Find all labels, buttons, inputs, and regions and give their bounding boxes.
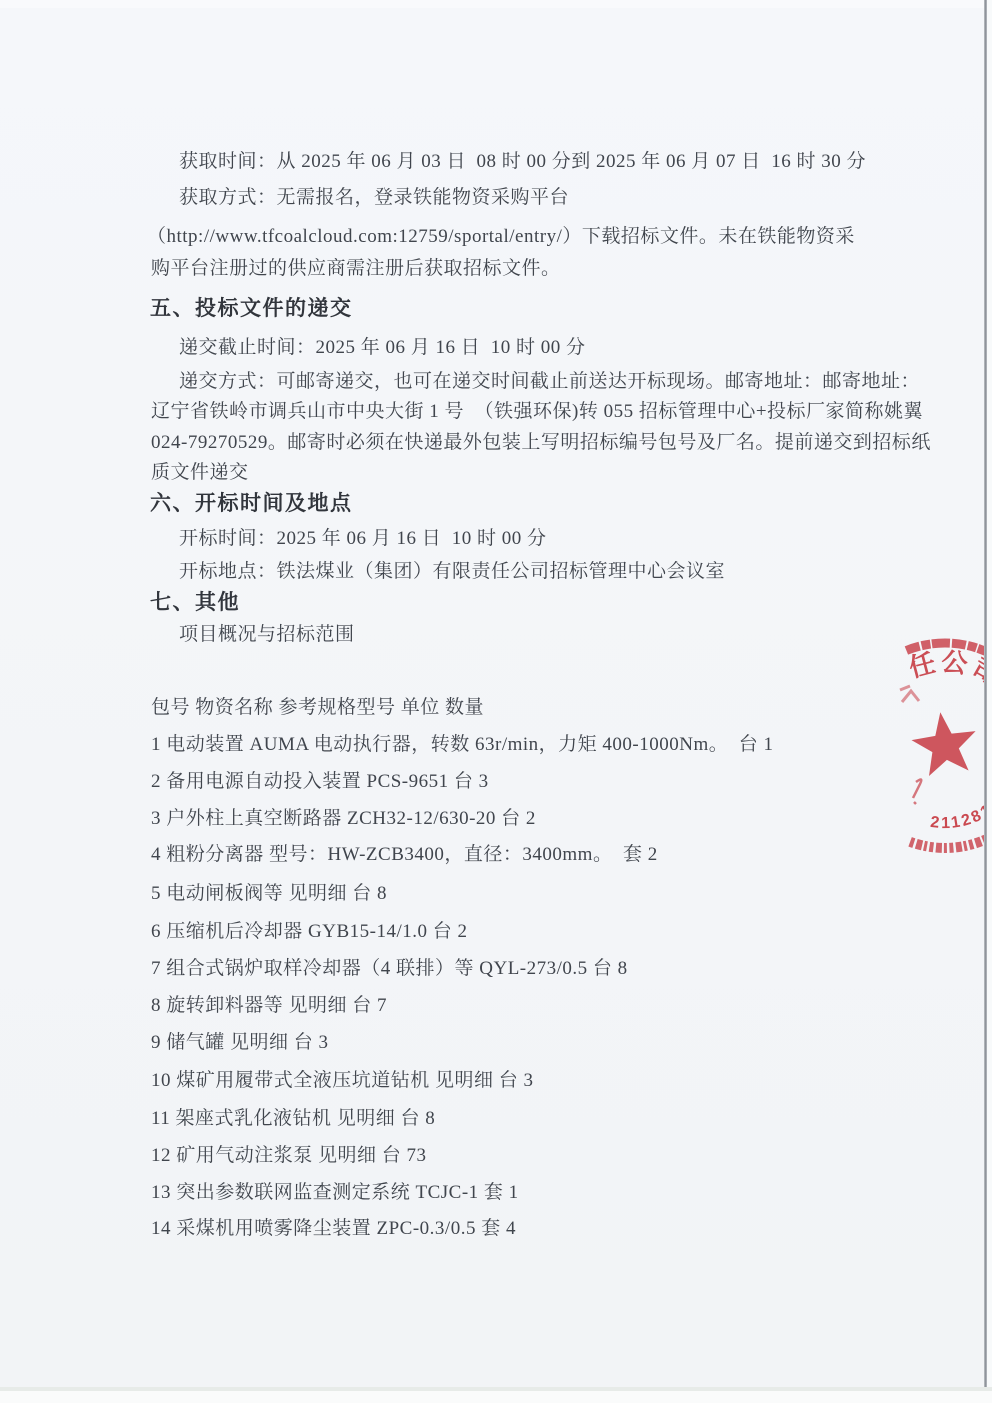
submission-method-line-2: 辽宁省铁岭市调兵山市中央大街 1 号 （铁强环保)转 055 招标管理中心+投标… bbox=[151, 401, 923, 424]
seal-serial-number: 2112810 bbox=[830, 610, 992, 832]
acquire-time-line: 获取时间：从 2025 年 06 月 03 日 08 时 00 分到 2025 … bbox=[179, 151, 866, 174]
seal-star-icon bbox=[912, 712, 976, 776]
item-row-14: 14 采煤机用喷雾降尘装置 ZPC-0.3/0.5 套 4 bbox=[151, 1218, 516, 1241]
paper-edge-top bbox=[0, 0, 992, 8]
submission-deadline-line: 递交截止时间：2025 年 06 月 16 日 10 时 00 分 bbox=[179, 337, 586, 360]
seal-bottom-band bbox=[910, 833, 992, 848]
download-url-line-1: （http://www.tfcoalcloud.com:12759/sporta… bbox=[147, 226, 855, 249]
seal-smudge-mark bbox=[913, 779, 921, 804]
section-6-heading: 六、开标时间及地点 bbox=[150, 491, 353, 516]
item-row-11: 11 架座式乳化液钻机 见明细 台 8 bbox=[151, 1108, 435, 1131]
bid-opening-place-line: 开标地点：铁法煤业（集团）有限责任公司招标管理中心会议室 bbox=[179, 561, 725, 584]
section-5-heading: 五、投标文件的递交 bbox=[150, 296, 353, 321]
submission-method-line-4: 质文件递交 bbox=[151, 462, 249, 485]
seal-partial-glyph bbox=[900, 686, 919, 702]
item-row-9: 9 储气罐 见明细 台 3 bbox=[151, 1032, 329, 1055]
document-page: 获取时间：从 2025 年 06 月 03 日 08 时 00 分到 2025 … bbox=[0, 0, 992, 1403]
acquire-method-line: 获取方式：无需报名，登录铁能物资采购平台 bbox=[179, 187, 569, 210]
seal-arc-text: 任公司招 bbox=[906, 646, 992, 715]
item-row-4: 4 粗粉分离器 型号：HW-ZCB3400，直径：3400mm。 套 2 bbox=[151, 844, 658, 867]
submission-method-line-1: 递交方式：可邮寄递交，也可在递交时间截止前送达开标现场。邮寄地址：邮寄地址： bbox=[179, 371, 920, 394]
paper-edge-right bbox=[984, 0, 987, 1403]
item-row-10: 10 煤矿用履带式全液压坑道钻机 见明细 台 3 bbox=[151, 1070, 534, 1093]
items-table-header: 包号 物资名称 参考规格型号 单位 数量 bbox=[151, 697, 484, 720]
paper-edge-bottom-strip bbox=[0, 1391, 992, 1403]
item-row-7: 7 组合式锅炉取样冷却器（4 联排）等 QYL-273/0.5 台 8 bbox=[151, 958, 628, 981]
item-row-6: 6 压缩机后冷却器 GYB15-14/1.0 台 2 bbox=[151, 921, 467, 944]
section-7-heading: 七、其他 bbox=[150, 590, 240, 615]
download-url-line-2: 购平台注册过的供应商需注册后获取招标文件。 bbox=[151, 258, 561, 281]
item-row-8: 8 旋转卸料器等 见明细 台 7 bbox=[151, 995, 387, 1018]
item-row-1: 1 电动装置 AUMA 电动执行器，转数 63r/min，力矩 400-1000… bbox=[151, 734, 774, 757]
bid-opening-time-line: 开标时间：2025 年 06 月 16 日 10 时 00 分 bbox=[179, 528, 547, 551]
item-row-2: 2 备用电源自动投入装置 PCS-9651 台 3 bbox=[151, 771, 489, 794]
item-row-12: 12 矿用气动注浆泵 见明细 台 73 bbox=[151, 1145, 427, 1168]
company-seal: 任公司招 2112810 bbox=[830, 610, 992, 890]
submission-method-line-3: 024-79270529。邮寄时必须在快递最外包装上写明招标编号包号及厂名。提前… bbox=[151, 432, 931, 455]
item-row-3: 3 户外柱上真空断路器 ZCH32-12/630-20 台 2 bbox=[151, 808, 536, 831]
item-row-5: 5 电动闸板阀等 见明细 台 8 bbox=[151, 883, 387, 906]
project-overview-line: 项目概况与招标范围 bbox=[179, 624, 355, 647]
item-row-13: 13 突出参数联网监查测定系统 TCJC-1 套 1 bbox=[151, 1182, 519, 1205]
